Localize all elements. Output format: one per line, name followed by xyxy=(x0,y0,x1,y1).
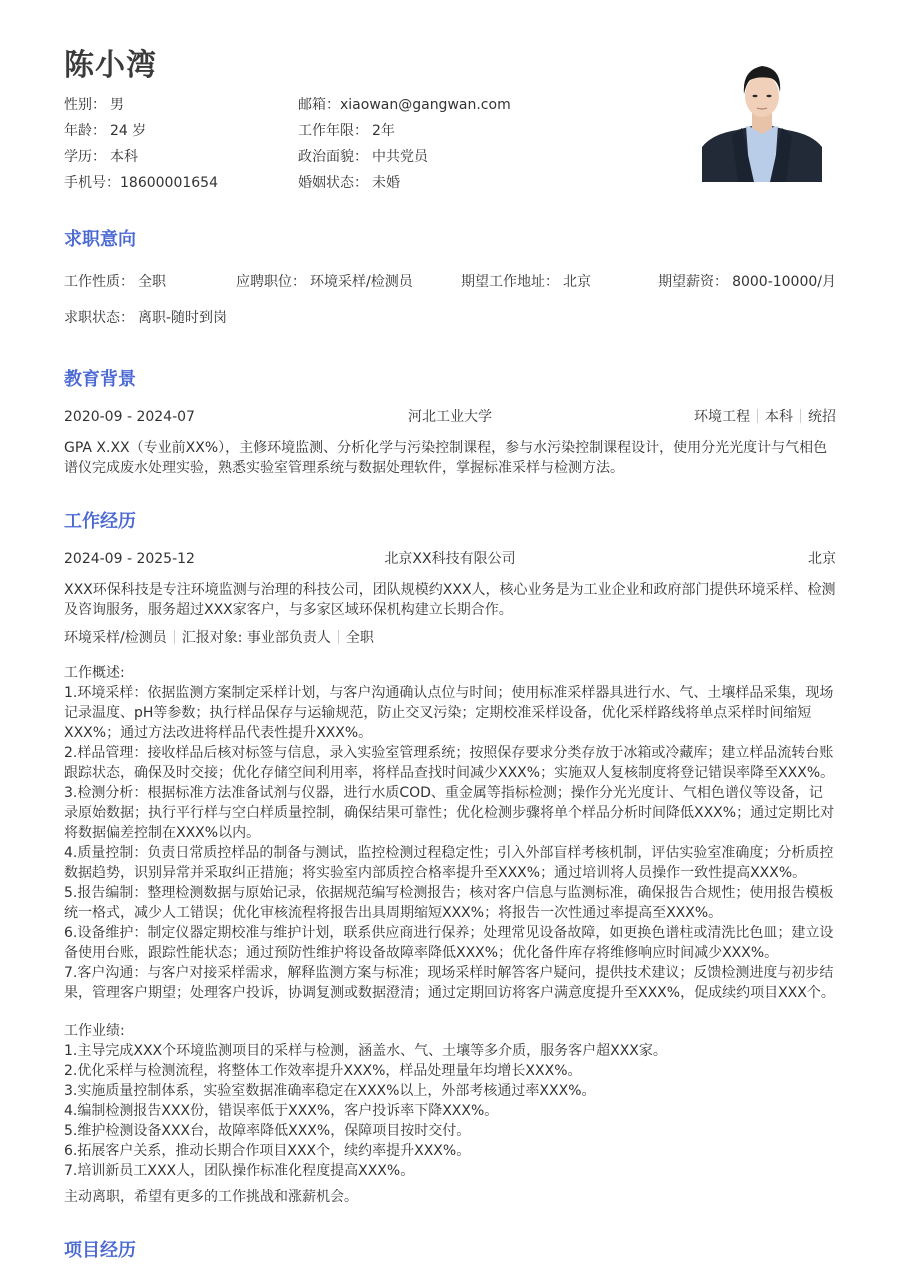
info-value: 本科 xyxy=(110,149,138,165)
intent-status: 求职状态：离职-随时到岗 xyxy=(64,308,227,328)
info-value: 18600001654 xyxy=(120,175,218,191)
info-value: xiaowan@gangwan.com xyxy=(340,97,511,113)
education-major: 环境工程 xyxy=(694,409,750,425)
overview-item: 1.环境采样：依据监测方案制定采样计划，与客户沟通确认点位与时间；使用标准采样器… xyxy=(64,683,836,743)
info-label: 婚姻状态： xyxy=(298,175,368,191)
overview-item: 3.检测分析：根据标准方法准备试剂与仪器，进行水质COD、重金属等指标检测；操作… xyxy=(64,783,836,843)
achievement-item: 3.实施质量控制体系，实验室数据准确率稳定在XXX%以上，外部考核通过率XXX%… xyxy=(64,1081,836,1101)
achievement-item: 5.维护检测设备XXX台，故障率降低XXX%，保障项目按时交付。 xyxy=(64,1121,836,1141)
achievement-item: 7.培训新员工XXX人，团队操作标准化程度提高XXX%。 xyxy=(64,1161,836,1181)
section-title-education: 教育背景 xyxy=(64,365,136,391)
achievements-title: 工作业绩: xyxy=(64,1021,836,1041)
intent-label: 期望薪资： xyxy=(658,274,728,290)
info-label: 年龄： xyxy=(64,123,106,139)
achievement-item: 1.主导完成XXX个环境监测项目的采样与检测，涵盖水、气、土壤等多介质，服务客户… xyxy=(64,1041,836,1061)
info-gender: 性别：男 xyxy=(64,95,124,115)
overview-item: 7.客户沟通：与客户对接采样需求，解释监测方案与标准；现场采样时解答客户疑问，提… xyxy=(64,963,836,1003)
intent-value: 北京 xyxy=(563,274,591,290)
intent-value: 全职 xyxy=(138,274,166,290)
info-value: 2年 xyxy=(372,123,395,139)
achievement-item: 4.编制检测报告XXX份，错误率低于XXX%，客户投诉率下降XXX%。 xyxy=(64,1101,836,1121)
intent-location: 期望工作地址：北京 xyxy=(461,272,591,292)
info-label: 学历： xyxy=(64,149,106,165)
education-type: 统招 xyxy=(808,409,836,425)
achievement-item: 6.拓展客户关系，推动长期合作项目XXX个，续约率提升XXX%。 xyxy=(64,1141,836,1161)
overview-item: 5.报告编制：整理检测数据与原始记录，依据规范编写检测报告；核对客户信息与监测标… xyxy=(64,883,836,923)
info-work-years: 工作年限：2年 xyxy=(298,121,395,141)
overview-item: 6.设备维护：制定仪器定期校准与维护计划，联系供应商进行保养；处理常见设备故障，… xyxy=(64,923,836,963)
intent-value: 离职-随时到岗 xyxy=(138,310,227,326)
info-value: 24 岁 xyxy=(110,123,146,139)
divider xyxy=(338,630,339,644)
info-value: 男 xyxy=(110,97,124,113)
achievement-item: 2.优化采样与检测流程，将整体工作效率提升XXX%，样品处理量年均增长XXX%。 xyxy=(64,1061,836,1081)
info-marital: 婚姻状态：未婚 xyxy=(298,173,400,193)
profile-photo xyxy=(702,52,822,182)
info-value: 中共党员 xyxy=(372,149,428,165)
section-title-projects: 项目经历 xyxy=(64,1236,136,1262)
education-description: GPA X.XX（专业前XX%），主修环境监测、分析化学与污染控制课程，参与水污… xyxy=(64,438,836,478)
info-label: 政治面貌： xyxy=(298,149,368,165)
info-phone: 手机号：18600001654 xyxy=(64,173,218,193)
leave-reason: 主动离职，希望有更多的工作挑战和涨薪机会。 xyxy=(64,1187,836,1207)
education-meta: 环境工程本科统招 xyxy=(694,407,836,427)
role-meta-group: 环境采样/检测员汇报对象: 事业部负责人全职 xyxy=(64,628,374,648)
work-position: 环境采样/检测员 xyxy=(64,630,167,646)
work-overview: 工作概述: 1.环境采样：依据监测方案制定采样计划，与客户沟通确认点位与时间；使… xyxy=(64,663,836,1003)
intent-position: 应聘职位：环境采样/检测员 xyxy=(236,272,413,292)
info-label: 工作年限： xyxy=(298,123,368,139)
candidate-name: 陈小湾 xyxy=(64,40,157,84)
intent-label: 工作性质： xyxy=(64,274,134,290)
overview-title: 工作概述: xyxy=(64,663,836,683)
info-value: 未婚 xyxy=(372,175,400,191)
education-header: 2020-09 - 2024-07 河北工业大学 环境工程本科统招 xyxy=(64,407,836,427)
overview-item: 2.样品管理：接收样品后核对标签与信息，录入实验室管理系统；按照保存要求分类存放… xyxy=(64,743,836,783)
divider xyxy=(174,630,175,644)
work-achievements: 工作业绩: 1.主导完成XXX个环境监测项目的采样与检测，涵盖水、气、土壤等多介… xyxy=(64,1021,836,1181)
info-age: 年龄：24 岁 xyxy=(64,121,146,141)
intent-value: 环境采样/检测员 xyxy=(310,274,413,290)
info-label: 手机号： xyxy=(64,175,120,191)
intent-label: 求职状态： xyxy=(64,310,134,326)
intent-label: 期望工作地址： xyxy=(461,274,559,290)
info-email: 邮箱：xiaowan@gangwan.com xyxy=(298,95,511,115)
intent-value: 8000-10000/月 xyxy=(732,274,836,290)
intent-job-type: 工作性质：全职 xyxy=(64,272,166,292)
education-degree: 本科 xyxy=(765,409,793,425)
work-location: 北京 xyxy=(808,549,836,569)
work-header: 2024-09 - 2025-12 北京XX科技有限公司 北京 xyxy=(64,549,836,569)
intent-salary: 期望薪资：8000-10000/月 xyxy=(658,272,836,292)
info-education: 学历：本科 xyxy=(64,147,138,167)
work-report-to: 汇报对象: 事业部负责人 xyxy=(182,630,331,646)
overview-item: 4.质量控制：负责日常质控样品的制备与测试，监控检测过程稳定性；引入外部盲样考核… xyxy=(64,843,836,883)
section-title-job-intent: 求职意向 xyxy=(64,225,136,251)
work-job-type: 全职 xyxy=(346,630,374,646)
work-role-meta: 环境采样/检测员汇报对象: 事业部负责人全职 xyxy=(64,628,836,648)
company-description: XXX环保科技是专注环境监测与治理的科技公司，团队规模约XXX人，核心业务是为工… xyxy=(64,580,836,620)
section-title-work: 工作经历 xyxy=(64,507,136,533)
info-label: 邮箱： xyxy=(298,97,340,113)
intent-label: 应聘职位： xyxy=(236,274,306,290)
divider xyxy=(800,409,801,423)
info-political: 政治面貌：中共党员 xyxy=(298,147,428,167)
portrait-icon xyxy=(702,52,822,182)
info-label: 性别： xyxy=(64,97,106,113)
work-company: 北京XX科技有限公司 xyxy=(64,549,836,569)
divider xyxy=(757,409,758,423)
